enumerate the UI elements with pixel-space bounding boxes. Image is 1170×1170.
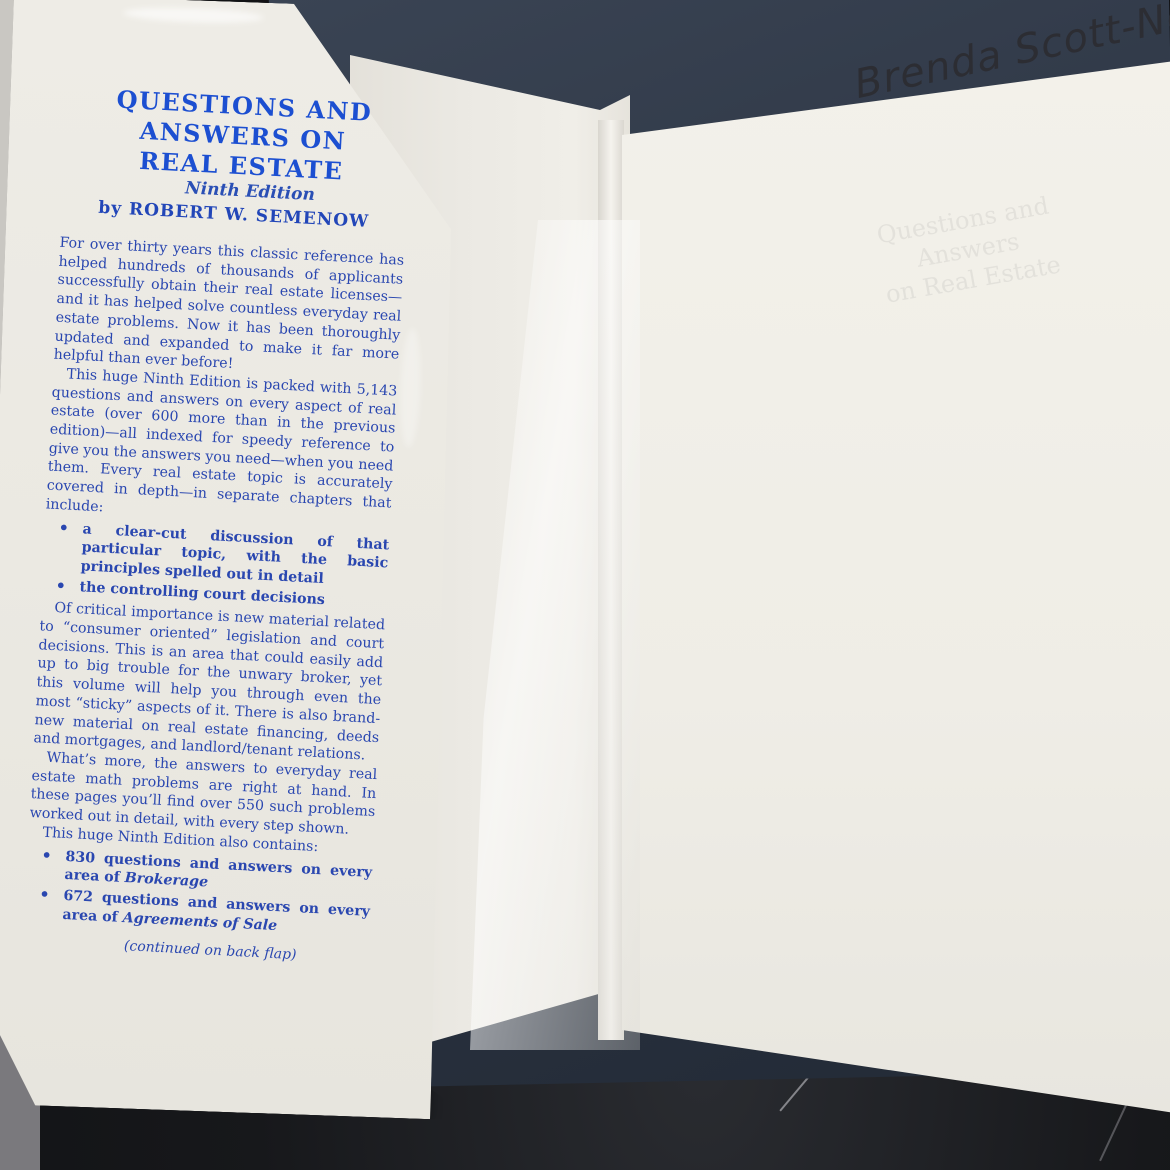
paragraph: Of critical importance is new material r… — [33, 599, 385, 766]
bullet-topic: Brokerage — [124, 870, 208, 890]
photo-scene: Questions and Answers on Real Estate Bre… — [0, 0, 1170, 1170]
paragraph: For over thirty years this classic refer… — [53, 234, 404, 383]
flap-body: For over thirty years this classic refer… — [22, 234, 404, 969]
contents-bullets: 830 questions and answers on every area … — [24, 845, 373, 940]
flap-text: QUESTIONS AND ANSWERS ON REAL ESTATE Nin… — [22, 82, 412, 969]
glare — [398, 328, 422, 449]
marble-vein — [1099, 1097, 1130, 1161]
glare — [123, 6, 263, 25]
chapter-bullets: a clear-cut discussion of that particula… — [41, 518, 390, 613]
paragraph: This huge Ninth Edition is packed with 5… — [45, 365, 397, 532]
book-title: QUESTIONS AND ANSWERS ON REAL ESTATE — [73, 83, 412, 190]
